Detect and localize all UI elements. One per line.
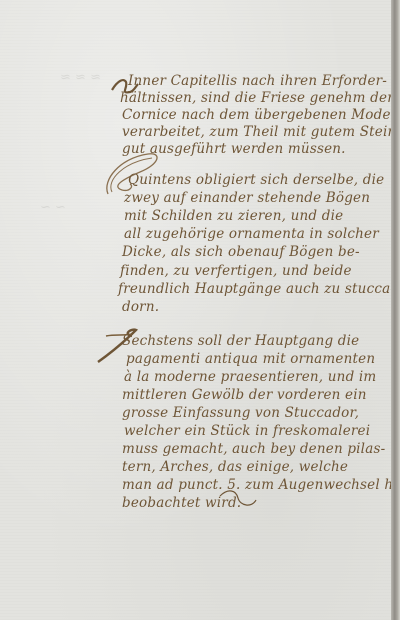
manuscript-line: freundlich Hauptgänge auch zu stucca- [118, 281, 395, 297]
manuscript-line: pagamenti antiqua mit ornamenten [126, 351, 375, 367]
manuscript-line: finden, zu verfertigen, und beide [120, 263, 352, 279]
manuscript-line: man ad punct. 5. zum Augenwechsel hat [122, 477, 400, 493]
manuscript-line: verarbeitet, zum Theil mit gutem Stein [122, 124, 396, 140]
manuscript-line: Inner Capitellis nach ihren Erforder- [128, 73, 387, 89]
bleed-through-text: ≈ ≈ ≈ [60, 70, 101, 85]
manuscript-line: Quintens obligiert sich derselbe, die [128, 172, 384, 188]
manuscript-page: ≈ ≈ ≈ ~ ~ Inner Capitellis nach ihren Er… [0, 0, 393, 620]
manuscript-line: mittleren Gewölb der vorderen ein [122, 387, 367, 403]
manuscript-line: Dicke, als sich obenauf Bögen be- [122, 244, 360, 260]
manuscript-line: hältnissen, sind die Friese genehm denn [120, 90, 400, 106]
manuscript-line: all zugehörige ornamenta in solcher [124, 226, 379, 242]
manuscript-line: dorn. [122, 299, 159, 315]
bleed-through-text: ~ ~ [40, 200, 66, 215]
manuscript-line: grosse Einfassung von Stuccador, [122, 405, 359, 421]
manuscript-line: Cornice nach dem übergebenen Modell [122, 107, 400, 123]
manuscript-line: muss gemacht, auch bey denen pilas- [122, 441, 385, 457]
manuscript-line: zwey auf einander stehende Bögen [124, 190, 370, 206]
page-edge [391, 0, 400, 620]
end-flourish-icon [218, 486, 258, 510]
manuscript-line: welcher ein Stück in freskomalerei [124, 423, 370, 439]
manuscript-line: Sechstens soll der Hauptgang die [122, 333, 359, 349]
manuscript-line: tern, Arches, das einige, welche [122, 459, 348, 475]
manuscript-line: à la moderne praesentieren, und im [124, 369, 376, 385]
manuscript-line: mit Schilden zu zieren, und die [124, 208, 343, 224]
